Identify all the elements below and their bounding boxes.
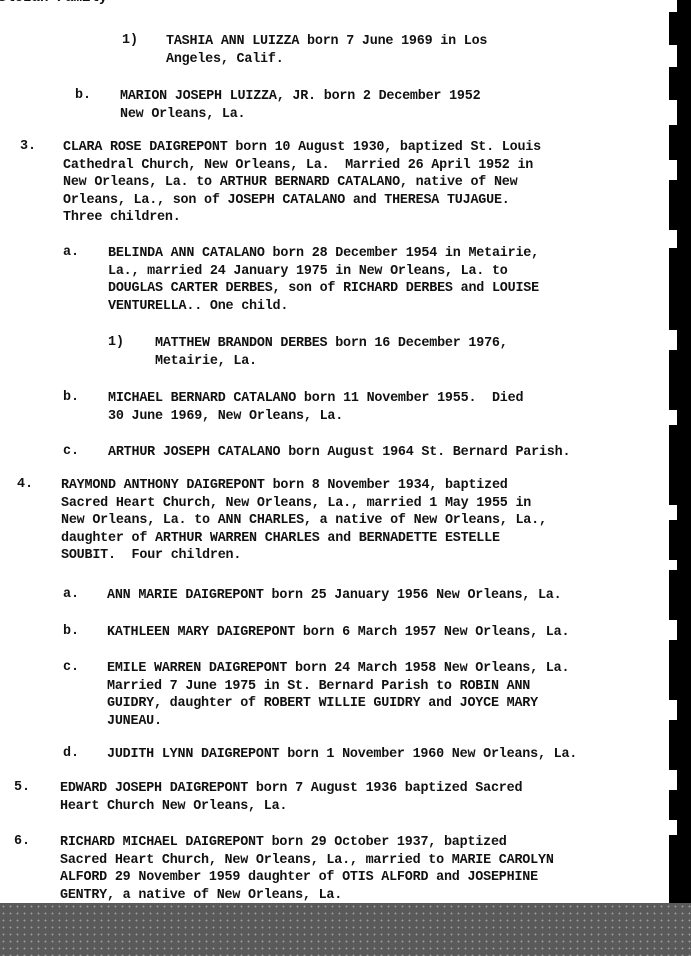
entry-line: GUIDRY, daughter of ROBERT WILLIE GUIDRY… <box>107 695 569 713</box>
entry-line: Orleans, La., son of JOSEPH CATALANO and… <box>63 192 541 210</box>
entry-text: JUDITH LYNN DAIGREPONT born 1 November 1… <box>107 746 577 764</box>
entry-line: ALFORD 29 November 1959 daughter of OTIS… <box>60 869 554 887</box>
entry-line: MARION JOSEPH LUIZZA, JR. born 2 Decembe… <box>120 88 480 106</box>
entry-marker: 1) <box>108 335 124 350</box>
entry-line: New Orleans, La. to ARTHUR BERNARD CATAL… <box>63 174 541 192</box>
entry-line: Metairie, La. <box>155 353 508 371</box>
entry-marker: c. <box>63 660 79 675</box>
entry-line: CLARA ROSE DAIGREPONT born 10 August 193… <box>63 139 541 157</box>
entry-line: Married 7 June 1975 in St. Bernard Paris… <box>107 678 569 696</box>
entry-text: RAYMOND ANTHONY DAIGREPONT born 8 Novemb… <box>61 477 547 565</box>
entry-text: MATTHEW BRANDON DERBES born 16 December … <box>155 335 508 370</box>
entry-line: Cathedral Church, New Orleans, La. Marri… <box>63 157 541 175</box>
entry-line: ARTHUR JOSEPH CATALANO born August 1964 … <box>108 444 570 462</box>
entry-line: MATTHEW BRANDON DERBES born 16 December … <box>155 335 508 353</box>
entry-marker: d. <box>63 746 79 761</box>
entry-line: JUDITH LYNN DAIGREPONT born 1 November 1… <box>107 746 577 764</box>
entry-line: GENTRY, a native of New Orleans, La. <box>60 887 554 905</box>
entry-text: TASHIA ANN LUIZZA born 7 June 1969 in Lo… <box>166 33 487 68</box>
entry-line: daughter of ARTHUR WARREN CHARLES and BE… <box>61 530 547 548</box>
entry-text: MARION JOSEPH LUIZZA, JR. born 2 Decembe… <box>120 88 480 123</box>
entry-line: Three children. <box>63 209 541 227</box>
entry-line: Sacred Heart Church, New Orleans, La., m… <box>60 852 554 870</box>
entry-line: VENTURELLA.. One child. <box>108 298 539 316</box>
entry-marker: a. <box>63 587 79 602</box>
entry-text: CLARA ROSE DAIGREPONT born 10 August 193… <box>63 139 541 227</box>
entry-text: MICHAEL BERNARD CATALANO born 11 Novembe… <box>108 390 523 425</box>
entry-line: ANN MARIE DAIGREPONT born 25 January 195… <box>107 587 561 605</box>
entry-text: EMILE WARREN DAIGREPONT born 24 March 19… <box>107 660 569 730</box>
entry-line: SOUBIT. Four children. <box>61 547 547 565</box>
entry-line: 30 June 1969, New Orleans, La. <box>108 408 523 426</box>
entry-line: Angeles, Calif. <box>166 51 487 69</box>
entry-text: ANN MARIE DAIGREPONT born 25 January 195… <box>107 587 561 605</box>
entry-line: EDWARD JOSEPH DAIGREPONT born 7 August 1… <box>60 780 522 798</box>
entry-marker: b. <box>63 390 79 405</box>
entry-line: Sacred Heart Church, New Orleans, La., m… <box>61 495 547 513</box>
scan-edge-border <box>669 0 691 905</box>
entry-marker: 4. <box>17 477 33 492</box>
entry-text: BELINDA ANN CATALANO born 28 December 19… <box>108 245 539 315</box>
entry-line: TASHIA ANN LUIZZA born 7 June 1969 in Lo… <box>166 33 487 51</box>
entry-marker: b. <box>63 624 79 639</box>
entry-line: EMILE WARREN DAIGREPONT born 24 March 19… <box>107 660 569 678</box>
entry-line: RICHARD MICHAEL DAIGREPONT born 29 Octob… <box>60 834 554 852</box>
entry-text: RICHARD MICHAEL DAIGREPONT born 29 Octob… <box>60 834 554 904</box>
entry-marker: 5. <box>14 780 30 795</box>
entry-marker: 1) <box>122 33 138 48</box>
entry-line: JUNEAU. <box>107 713 569 731</box>
entry-marker: b. <box>75 88 91 103</box>
entry-marker: 6. <box>14 834 30 849</box>
entry-line: BELINDA ANN CATALANO born 28 December 19… <box>108 245 539 263</box>
page-header: Slozan Family <box>0 0 107 6</box>
entry-line: MICHAEL BERNARD CATALANO born 11 Novembe… <box>108 390 523 408</box>
scanned-document-page: Slozan Family 1)TASHIA ANN LUIZZA born 7… <box>0 0 691 956</box>
entry-line: Heart Church New Orleans, La. <box>60 798 522 816</box>
entry-line: New Orleans, La. to ANN CHARLES, a nativ… <box>61 512 547 530</box>
entry-line: DOUGLAS CARTER DERBES, son of RICHARD DE… <box>108 280 539 298</box>
entry-line: New Orleans, La. <box>120 106 480 124</box>
entry-marker: 3. <box>20 139 36 154</box>
entry-text: KATHLEEN MARY DAIGREPONT born 6 March 19… <box>107 624 569 642</box>
entry-marker: c. <box>63 444 79 459</box>
scan-overlay-gray-area <box>0 903 691 956</box>
entry-line: RAYMOND ANTHONY DAIGREPONT born 8 Novemb… <box>61 477 547 495</box>
entry-marker: a. <box>63 245 79 260</box>
entry-text: ARTHUR JOSEPH CATALANO born August 1964 … <box>108 444 570 462</box>
entry-line: La., married 24 January 1975 in New Orle… <box>108 263 539 281</box>
entry-text: EDWARD JOSEPH DAIGREPONT born 7 August 1… <box>60 780 522 815</box>
entry-line: KATHLEEN MARY DAIGREPONT born 6 March 19… <box>107 624 569 642</box>
